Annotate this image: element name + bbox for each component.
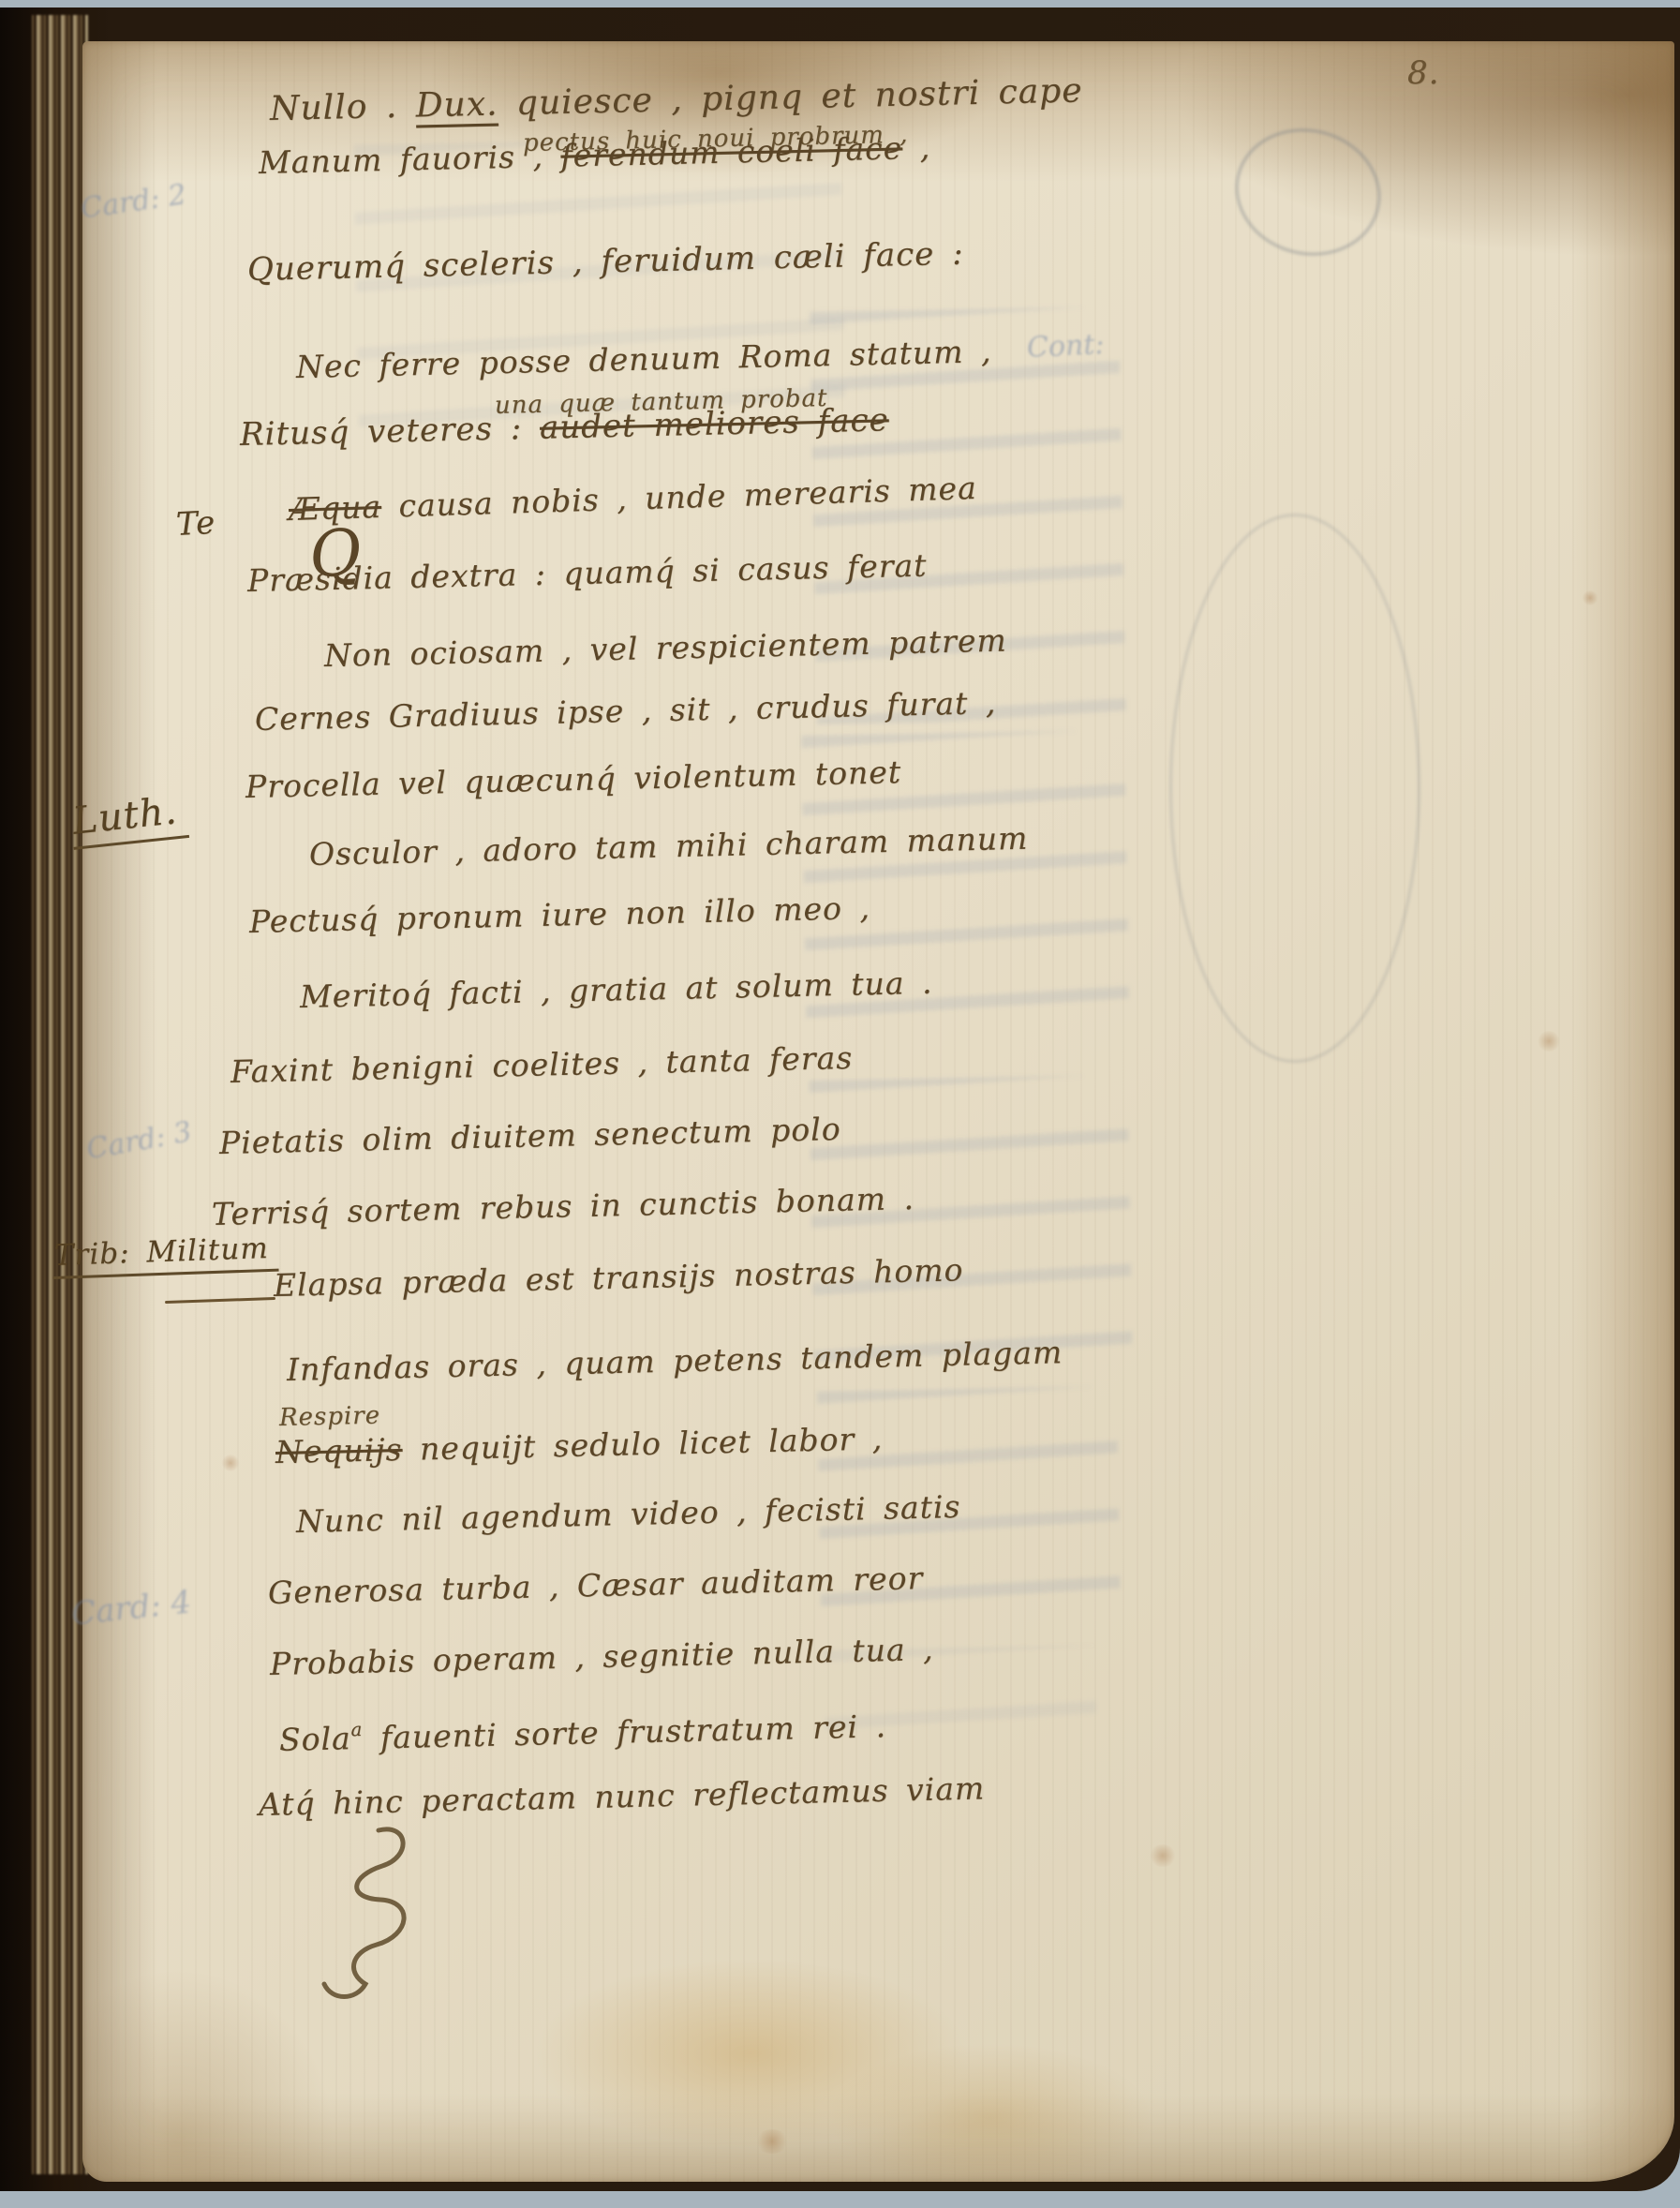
foxing-spot — [755, 2129, 789, 2154]
verse-text: Manum fauoris , — [259, 138, 561, 181]
margin-note-te: Te — [175, 504, 216, 544]
verse-text: Ritusq́ veteres : — [240, 410, 541, 454]
bleedthrough-text-ghost — [809, 1075, 1132, 1362]
strikethrough-text: Nequijs — [275, 1431, 403, 1470]
pencil-circle-ghost — [1169, 514, 1420, 1063]
interlinear-correction: Respire — [279, 1402, 381, 1432]
verse-text: Nullo . — [270, 86, 417, 128]
page-number: 8. — [1407, 54, 1439, 92]
bleedthrough-label: Cont: — [1026, 328, 1105, 365]
superscript-letter: a — [350, 1719, 363, 1740]
verse-text: , — [902, 129, 931, 167]
manuscript-scan: Card: 2 Cont: Card: 3 Card: 4 8. Nullo .… — [0, 0, 1680, 2208]
strikethrough-text: ferendum coeli face — [560, 129, 903, 173]
foxing-spot — [1149, 1844, 1177, 1867]
strikethrough-text: audet meliores face — [540, 401, 890, 446]
foxing-spot — [221, 1455, 240, 1471]
foxing-spot — [1537, 1031, 1561, 1052]
foxing-spot — [1582, 590, 1598, 605]
verse-text: Sola — [279, 1720, 352, 1758]
page-stack-edge — [32, 15, 88, 2174]
underlined-word: Dux. — [415, 84, 498, 125]
ink-flourish — [292, 1823, 433, 2010]
margin-note-trib-militum: Trib: Militum — [52, 1231, 278, 1279]
